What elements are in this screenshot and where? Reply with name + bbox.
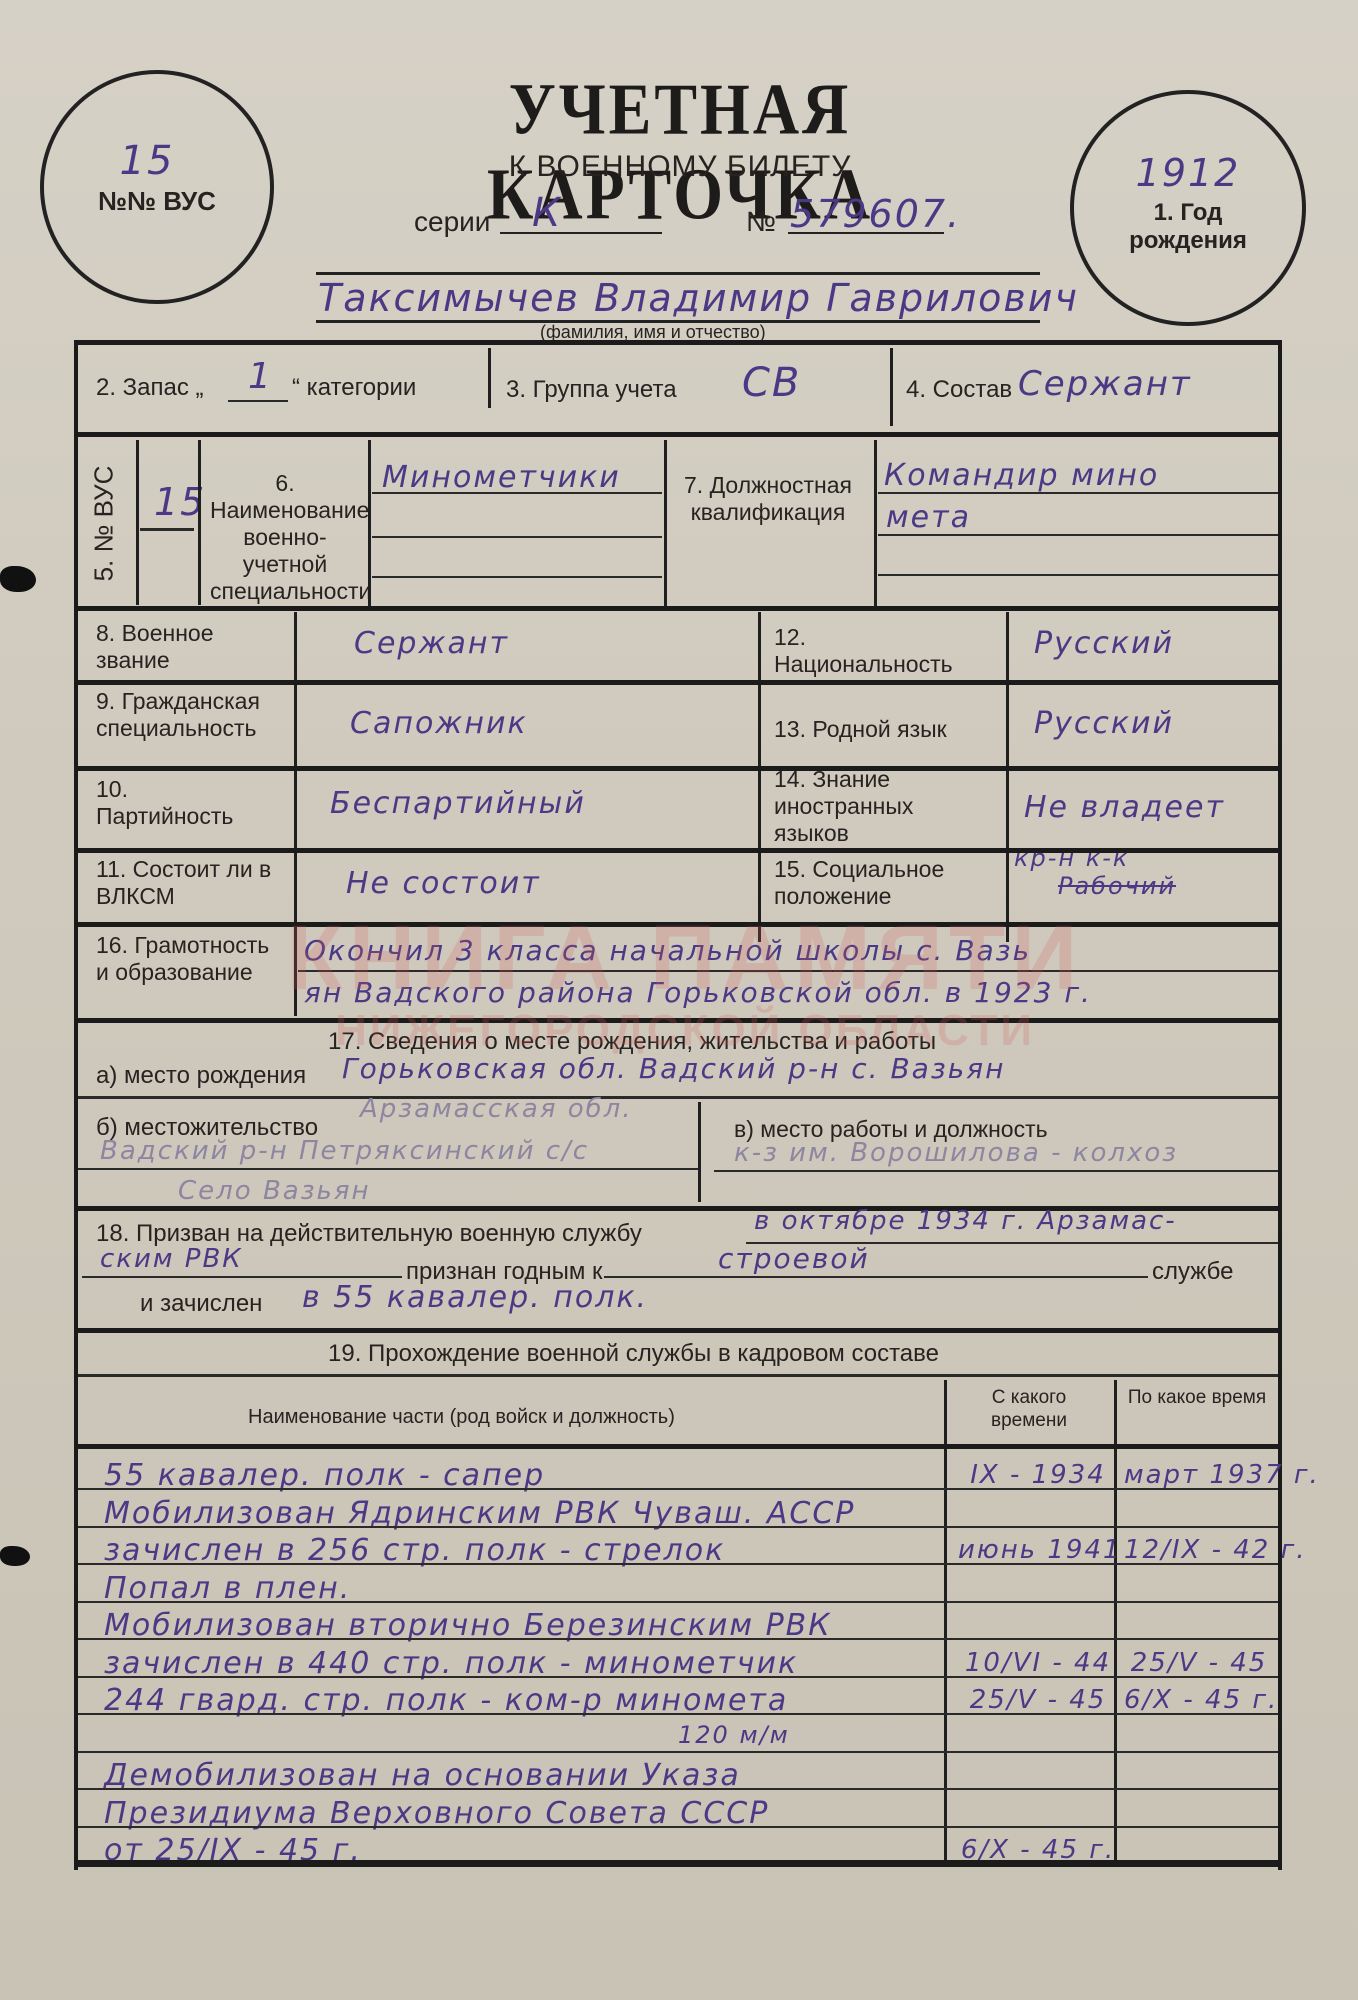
divider [78, 1018, 1278, 1023]
service-unit: 120 м/м [678, 1721, 790, 1749]
qualification-value-line1: Командир мино [884, 458, 1159, 493]
divider [488, 348, 491, 408]
full-name: Таксимычев Владимир Гаврилович [318, 276, 1079, 320]
specialty-line-3 [372, 576, 662, 578]
reserve-label-suffix: “ категории [292, 374, 416, 401]
birth-year-value: 1912 [1136, 151, 1241, 195]
foreign-languages-label: 14. Знание иностранных языков [774, 766, 974, 847]
called-up-value-line1: в октябре 1934 г. Арзамас- [754, 1206, 1177, 1236]
divider [78, 922, 1278, 927]
name-top-line [316, 272, 1040, 275]
social-status-value: кр-н к-к [1014, 844, 1129, 872]
specialty-label: 6. Наименование военно-учетной специальн… [210, 470, 360, 605]
divider [78, 340, 1278, 345]
divider [78, 1328, 1278, 1333]
service-from: июнь 1941 [958, 1535, 1118, 1565]
divider [198, 440, 201, 605]
composition-value: Сержант [1018, 364, 1192, 404]
residence-value-line1: Арзамасская обл. [360, 1094, 633, 1124]
birthplace-label: а) место рождения [96, 1062, 306, 1089]
service-col-unit: Наименование части (род войск и должност… [248, 1404, 675, 1431]
service-to: 6/X - 45 г. [1124, 1685, 1274, 1715]
foreign-languages-value: Не владеет [1024, 790, 1225, 825]
divider [78, 1444, 1278, 1449]
nationality-label: 12. Национальность [774, 624, 974, 678]
divider [664, 440, 667, 610]
vus-circle: 15 №№ ВУС [40, 70, 274, 304]
divider [874, 440, 877, 610]
qualification-line-3 [878, 574, 1278, 576]
education-line-1 [298, 970, 1278, 972]
divider [78, 1374, 1278, 1377]
vus-number-underline [140, 528, 194, 531]
residence-line [78, 1168, 698, 1170]
work-value: к-з им. Ворошилова - колхоз [734, 1138, 1178, 1168]
divider [78, 432, 1278, 437]
service-from: IX - 1934 [958, 1460, 1118, 1490]
divider [294, 928, 297, 1016]
party-label: 10. Партийность [96, 776, 266, 830]
fit-value: строевой [718, 1242, 870, 1275]
service-col-from: С какого времени [954, 1386, 1104, 1432]
specialty-line-1 [372, 492, 662, 494]
service-to: 12/IX - 42 г. [1124, 1535, 1274, 1565]
series-label: серии [414, 206, 490, 238]
qualification-value-line2: мета [886, 500, 971, 535]
divider [78, 1096, 1278, 1099]
qualification-line-1 [878, 492, 1278, 494]
reserve-value: 1 [248, 356, 273, 397]
service-label: службе [1152, 1258, 1233, 1285]
divider [368, 440, 371, 610]
rank-value: Сержант [354, 626, 509, 661]
qualification-label: 7. Должностная квалификация [668, 472, 868, 526]
called-up-label: 18. Призван на действительную военную сл… [96, 1220, 642, 1247]
enrolled-value: в 55 кавалер. полк. [302, 1280, 648, 1315]
service-to: 25/V - 45 [1124, 1648, 1274, 1678]
vus-number-label: 5. № ВУС [91, 464, 118, 584]
record-card-form: 2. Запас „ 1 “ категории 3. Группа учета… [74, 340, 1282, 1870]
divider [78, 1860, 1278, 1867]
party-value: Беспартийный [330, 786, 586, 821]
ticket-number-label: № [746, 206, 776, 238]
komsomol-value: Не состоит [346, 866, 541, 901]
service-from: 10/VI - 44 [958, 1648, 1118, 1678]
specialty-line-2 [372, 536, 662, 538]
social-status-struck-value: Рабочий [1058, 872, 1176, 900]
service-col-to: По какое время [1122, 1386, 1272, 1409]
native-language-value: Русский [1034, 706, 1174, 741]
enrolled-label: и зачислен [140, 1290, 262, 1317]
punch-hole-upper [0, 566, 36, 592]
divider [890, 348, 893, 426]
divider [1006, 612, 1009, 942]
series-value: К [532, 190, 562, 236]
called-up-line-2 [82, 1276, 402, 1278]
reserve-line [228, 400, 288, 402]
document-subtitle: К ВОЕННОМУ БИЛЕТУ [440, 150, 920, 184]
birth-year-label-2: рождения [1129, 227, 1247, 255]
ticket-number-value: 579607. [790, 192, 961, 236]
nationality-value: Русский [1034, 626, 1174, 661]
document-page: 15 №№ ВУС УЧЕТНАЯ КАРТОЧКА К ВОЕННОМУ БИ… [0, 0, 1358, 2000]
divider [78, 766, 1278, 771]
composition-label: 4. Состав [906, 376, 1012, 403]
residence-value-line2: Вадский р-н Петряксинский с/с [100, 1136, 589, 1166]
divider [78, 606, 1278, 611]
section17-title: 17. Сведения о месте рождения, жительств… [328, 1028, 936, 1055]
service-from: 25/V - 45 [958, 1685, 1118, 1715]
service-table-title: 19. Прохождение военной службы в кадрово… [328, 1340, 939, 1367]
divider [758, 612, 761, 942]
qualification-line-2 [878, 534, 1278, 536]
civil-specialty-value: Сапожник [350, 706, 528, 741]
reserve-label-prefix: 2. Запас „ [96, 374, 204, 401]
work-line [714, 1170, 1278, 1172]
education-value-line2: ян Вадского района Горьковской обл. в 19… [304, 976, 1092, 1009]
rank-label: 8. Военное звание [96, 620, 266, 674]
series-line [500, 232, 662, 234]
called-up-value-line2: ским РВК [100, 1244, 243, 1274]
divider [78, 680, 1278, 685]
komsomol-label: 11. Состоит ли в ВЛКСМ [96, 856, 296, 910]
punch-hole-lower [0, 1546, 30, 1566]
group-label: 3. Группа учета [506, 376, 677, 403]
birthplace-value: Горьковская обл. Вадский р-н с. Вазьян [342, 1052, 1005, 1085]
native-language-label: 13. Родной язык [774, 716, 947, 743]
social-status-label: 15. Социальное положение [774, 856, 974, 910]
education-value-line1: Окончил 3 класса начальной школы с. Вазь [304, 934, 1031, 967]
service-to: март 1937 г. [1124, 1460, 1274, 1490]
group-value: СВ [742, 360, 801, 406]
fit-line [604, 1276, 1148, 1278]
vus-circle-label: №№ ВУС [98, 186, 216, 217]
vus-circle-value: 15 [120, 138, 175, 184]
table-row: от 25/IX - 45 г.6/X - 45 г. [78, 1827, 1278, 1877]
specialty-value: Минометчики [382, 460, 621, 495]
civil-specialty-label: 9. Гражданская специальность [96, 688, 286, 742]
education-label: 16. Грамотность и образование [96, 932, 286, 986]
divider [698, 1102, 701, 1202]
birth-year-label-1: 1. Год [1154, 199, 1223, 227]
residence-value-line3: Село Вазьян [178, 1176, 371, 1206]
birth-year-circle: 1912 1. Год рождения [1070, 90, 1306, 326]
divider [136, 440, 139, 605]
